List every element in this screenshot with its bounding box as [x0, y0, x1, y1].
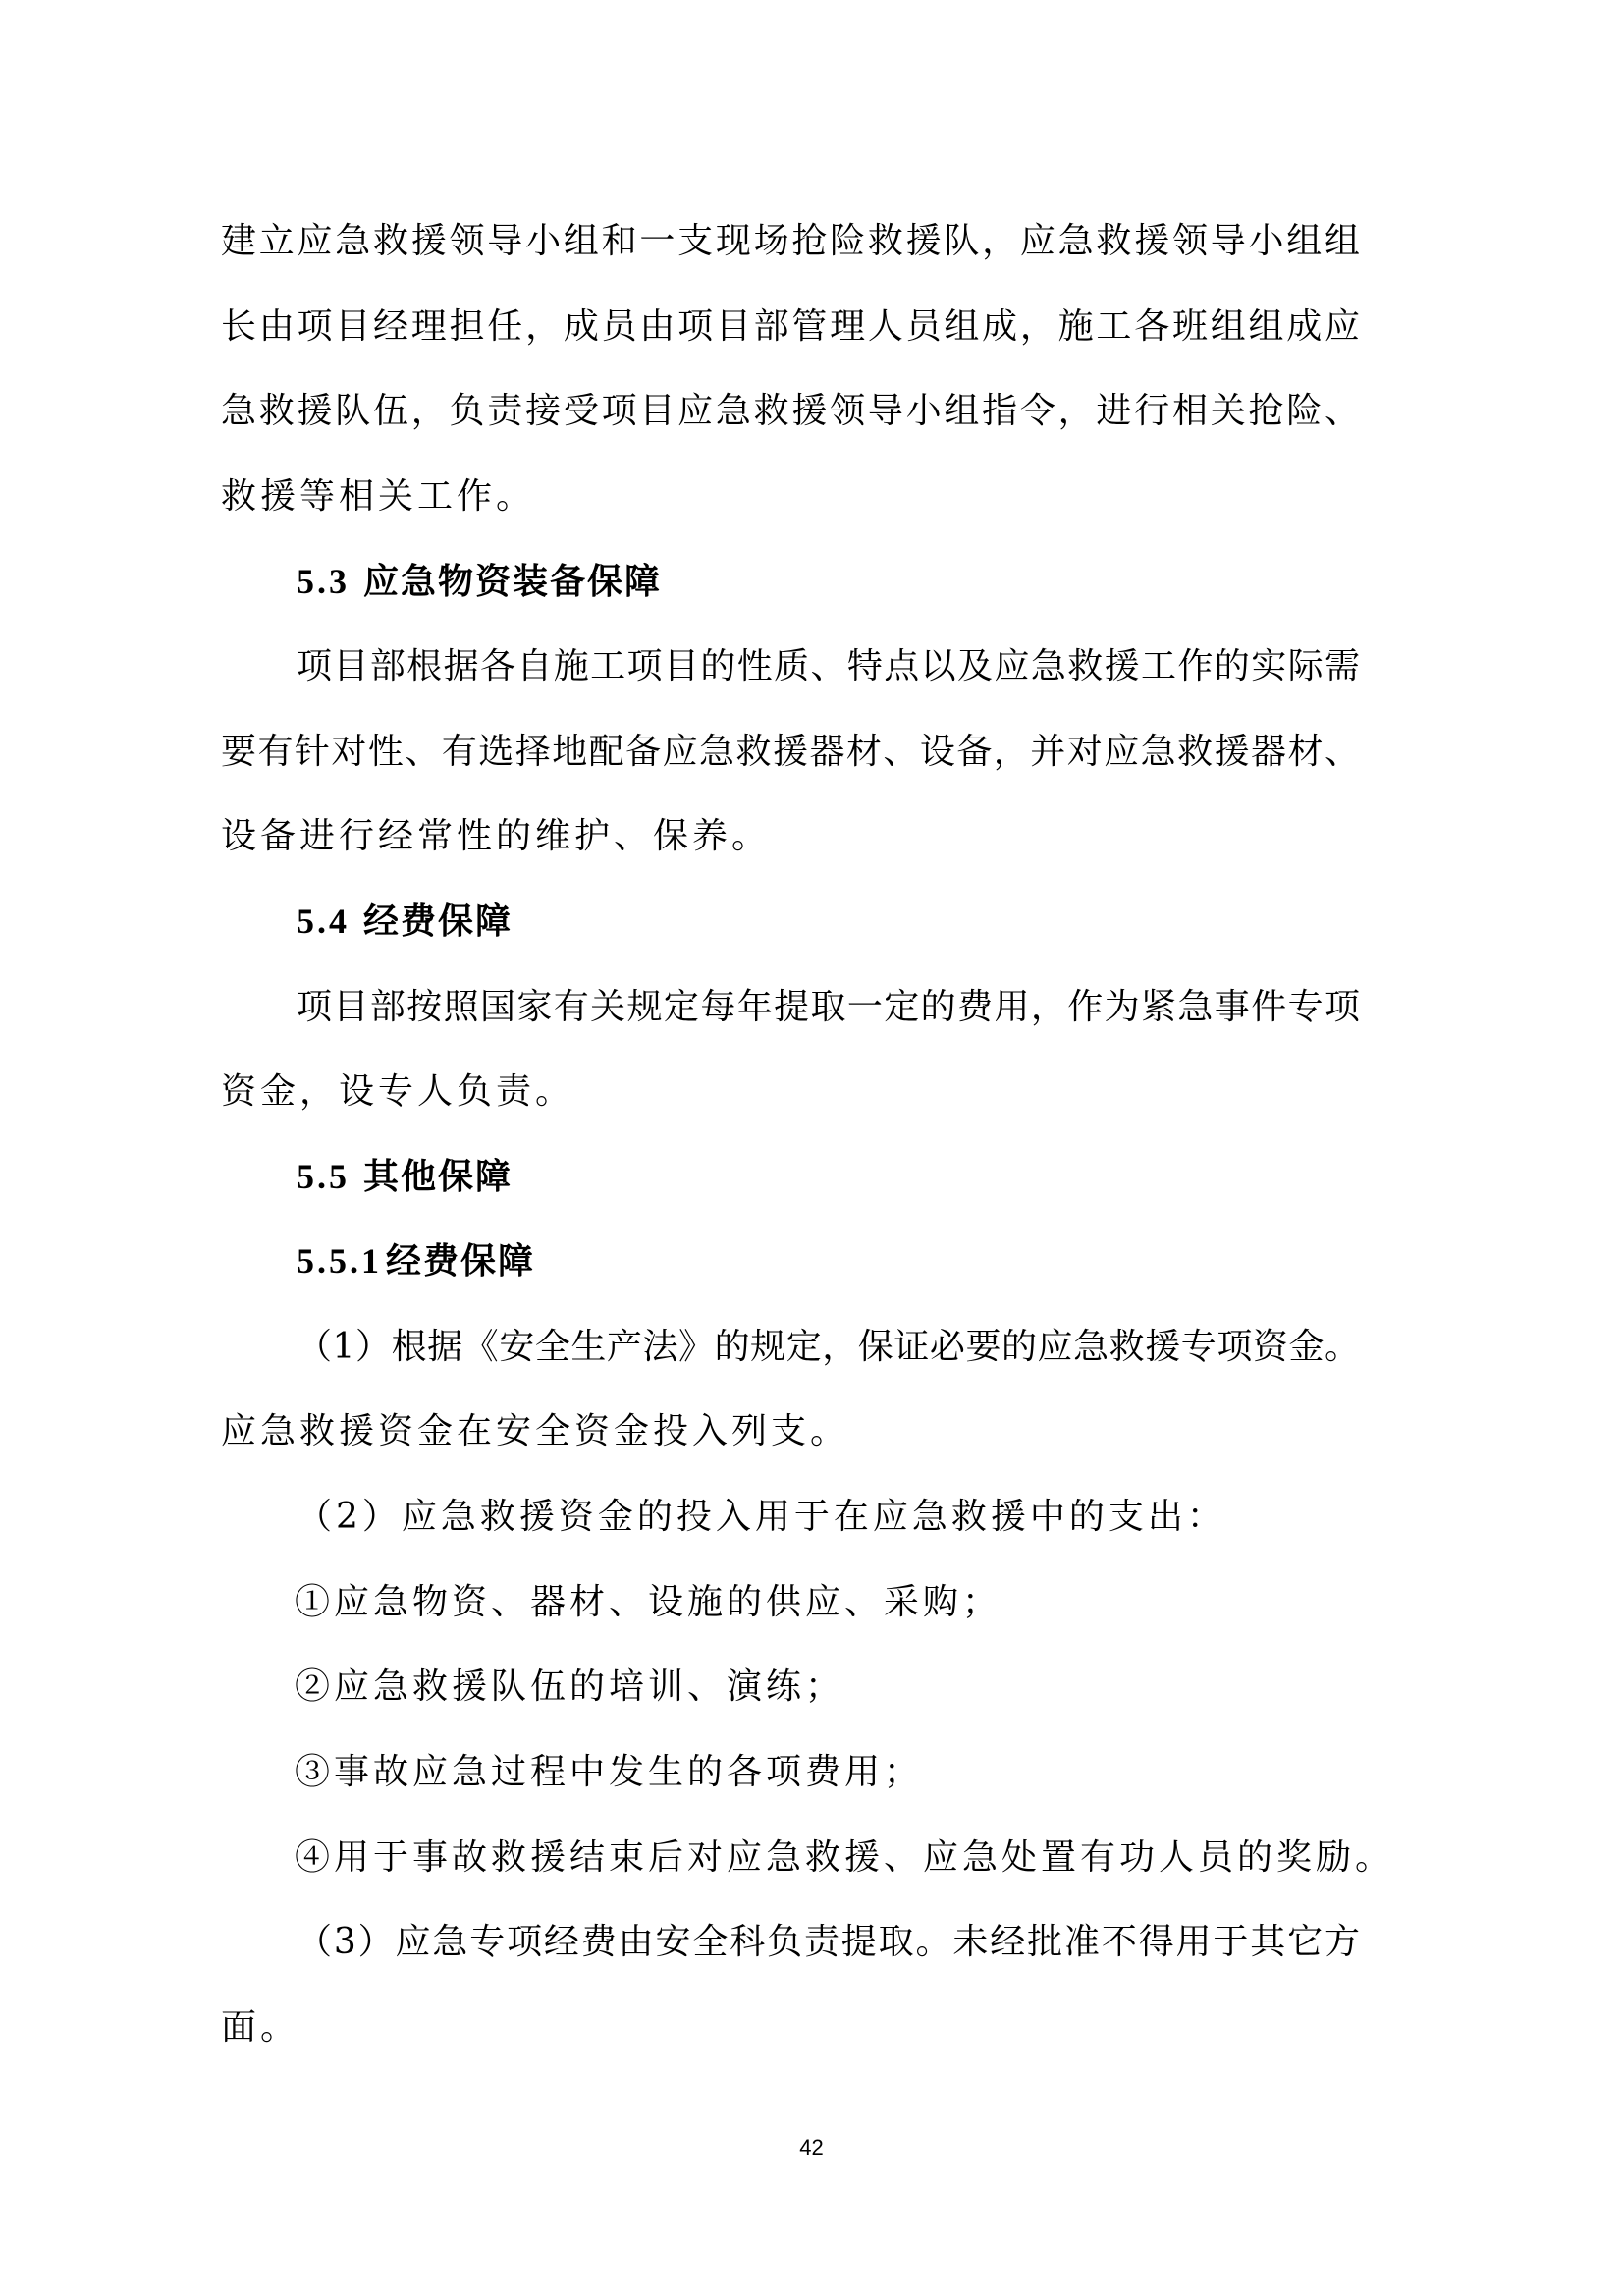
section-heading-5-5-1: 5.5.1经费保障: [297, 1219, 1360, 1304]
section-number: 5.5: [297, 1157, 350, 1196]
paragraph-line: 资金，设专人负责。: [221, 1049, 1360, 1134]
paragraph-line: 设备进行经常性的维护、保养。: [221, 793, 1360, 879]
section-heading-5-4: 5.4经费保障: [297, 879, 1360, 964]
paragraph-line: 急救援队伍，负责接受项目应急救援领导小组指令，进行相关抢险、: [221, 368, 1360, 454]
document-page: 建立应急救援领导小组和一支现场抢险救援队，应急救援领导小组组 长由项目经理担任，…: [0, 0, 1623, 2296]
paragraph-line: 面。: [221, 1985, 1360, 2070]
list-item-2: （2）应急救援资金的投入用于在应急救援中的支出：: [297, 1474, 1360, 1559]
paragraph-line: 救援等相关工作。: [221, 454, 1360, 539]
section-heading-5-3: 5.3应急物资装备保障: [297, 539, 1360, 625]
paragraph-line: 项目部根据各自施工项目的性质、特点以及应急救援工作的实际需: [297, 624, 1360, 709]
paragraph-line: 项目部按照国家有关规定每年提取一定的费用，作为紧急事件专项: [297, 964, 1360, 1050]
section-title: 应急物资装备保障: [363, 561, 662, 602]
section-heading-5-5: 5.5其他保障: [297, 1134, 1360, 1220]
paragraph-line: 应急救援资金在安全资金投入列支。: [221, 1389, 1360, 1474]
section-title: 其他保障: [363, 1156, 513, 1197]
page-number: 42: [0, 2133, 1623, 2162]
paragraph-line: 建立应急救援领导小组和一支现场抢险救援队，应急救援领导小组组: [221, 198, 1360, 284]
section-number: 5.5.1: [297, 1241, 382, 1281]
sub-item-2: ②应急救援队伍的培训、演练；: [295, 1644, 1434, 1729]
sub-item-3: ③事故应急过程中发生的各项费用；: [295, 1729, 1434, 1815]
list-item-1: （1）根据《安全生产法》的规定，保证必要的应急救援专项资金。: [297, 1304, 1360, 1390]
section-number: 5.3: [297, 562, 350, 601]
section-title: 经费保障: [386, 1240, 535, 1282]
paragraph-line: 要有针对性、有选择地配备应急救援器材、设备，并对应急救援器材、: [221, 709, 1360, 794]
paragraph-line: 长由项目经理担任，成员由项目部管理人员组成，施工各班组组成应: [221, 284, 1360, 369]
section-number: 5.4: [297, 902, 350, 941]
sub-item-1: ①应急物资、器材、设施的供应、采购；: [295, 1559, 1434, 1645]
list-item-3: （3）应急专项经费由安全科负责提取。未经批准不得用于其它方: [297, 1899, 1360, 1985]
sub-item-4: ④用于事故救援结束后对应急救援、应急处置有功人员的奖励。: [295, 1815, 1434, 1900]
section-title: 经费保障: [363, 901, 513, 942]
